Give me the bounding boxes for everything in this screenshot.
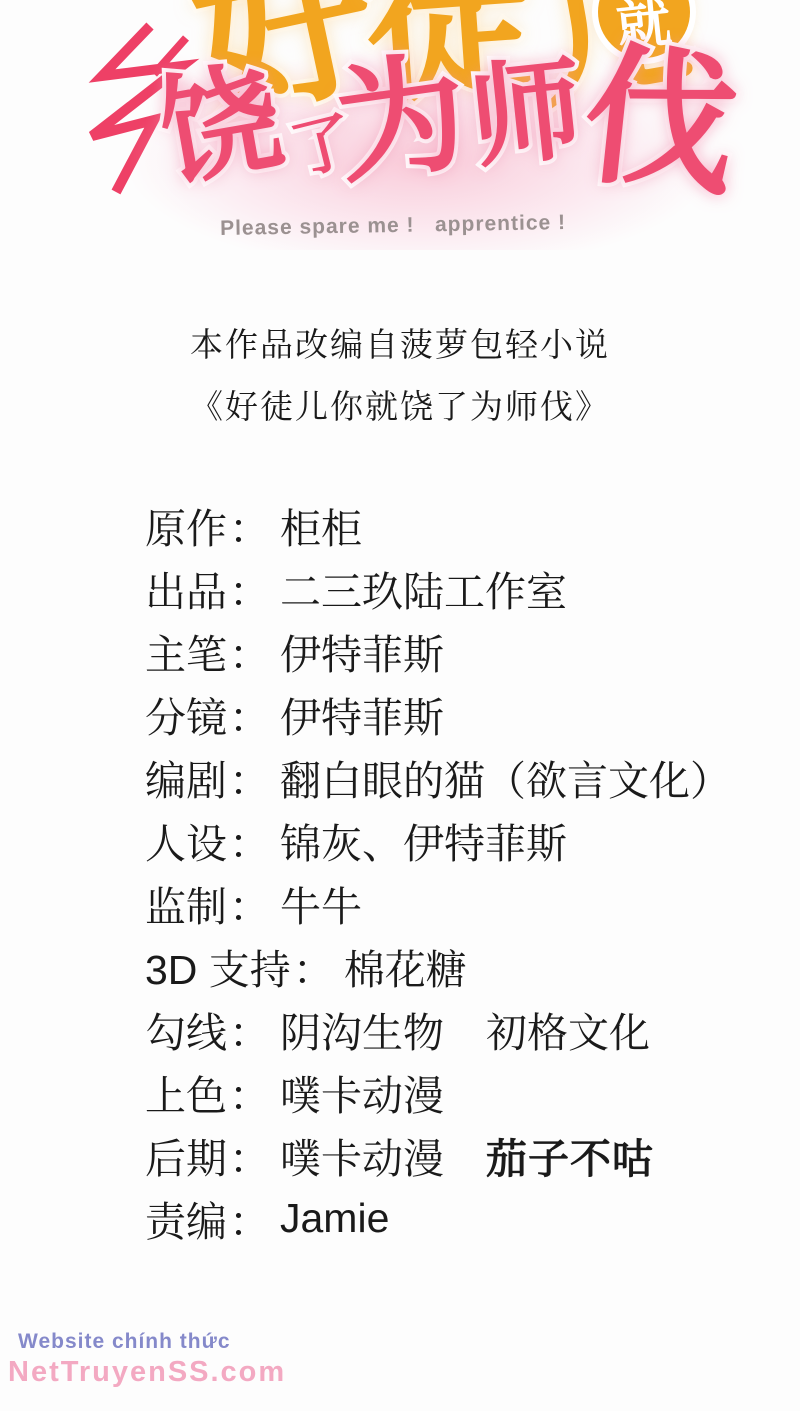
logo-char: 师 <box>465 52 588 175</box>
credit-separator: ： <box>229 1063 270 1122</box>
adaptation-note-line1: 本作品改编自菠萝包轻小说 <box>0 322 800 368</box>
credit-role: 原作 <box>145 496 227 555</box>
credit-name: 柜柜 <box>280 496 362 555</box>
credit-separator: ： <box>229 748 270 807</box>
credit-row: 原作：柜柜 <box>145 494 765 557</box>
credit-name: 二三玖陆工作室 <box>280 559 567 618</box>
credit-row: 勾线：阴沟生物初格文化 <box>145 998 765 1061</box>
credit-name: 锦灰、伊特菲斯 <box>280 811 567 870</box>
credit-separator: ： <box>229 874 270 933</box>
credit-separator: ： <box>293 937 334 996</box>
credit-role: 主笔 <box>145 622 227 681</box>
credit-name: 噗卡动漫 <box>280 1126 444 1185</box>
credit-separator: ： <box>229 1000 270 1059</box>
watermark-site-url: NetTruyenSS.com <box>8 1356 286 1389</box>
credit-role: 责编 <box>145 1189 227 1248</box>
comic-credits-page: 好徒儿 就 饶了为师伐 Please spare me ! apprentice… <box>0 0 800 1411</box>
credit-role: 人设 <box>145 811 227 870</box>
credit-row: 监制：牛牛 <box>145 872 765 935</box>
credit-name: 伊特菲斯 <box>280 685 444 744</box>
credit-role: 勾线 <box>145 1000 227 1059</box>
credit-separator: ： <box>229 496 270 555</box>
credit-row: 责编：Jamie <box>145 1187 765 1250</box>
credit-role: 分镜 <box>145 685 227 744</box>
credit-role: 上色 <box>145 1063 227 1122</box>
credit-row: 编剧：翻白眼的猫（欲言文化） <box>145 746 765 809</box>
credit-name: 伊特菲斯 <box>280 622 444 681</box>
title-logo: 好徒儿 就 饶了为师伐 Please spare me ! apprentice… <box>0 0 800 270</box>
credit-row: 后期：噗卡动漫茄子不咕 <box>145 1124 765 1187</box>
credit-separator: ： <box>229 685 270 744</box>
adaptation-note: 本作品改编自菠萝包轻小说 《好徒儿你就饶了为师伐》 <box>0 322 800 446</box>
adaptation-note-line2: 《好徒儿你就饶了为师伐》 <box>0 384 800 430</box>
credit-name: 翻白眼的猫（欲言文化） <box>280 748 731 807</box>
credit-name: 阴沟生物 <box>280 1000 444 1059</box>
watermark-site-label: Website chính thức <box>18 1330 286 1354</box>
credit-extra: 茄子不咕 <box>486 1126 654 1185</box>
credit-separator: ： <box>229 559 270 618</box>
credit-row: 分镜：伊特菲斯 <box>145 683 765 746</box>
credit-name: 牛牛 <box>280 874 362 933</box>
credits-list: 原作：柜柜出品：二三玖陆工作室主笔：伊特菲斯分镜：伊特菲斯编剧：翻白眼的猫（欲言… <box>145 494 765 1250</box>
credit-separator: ： <box>229 1126 270 1185</box>
logo-char: 为 <box>328 46 475 193</box>
credit-role: 3D 支持 <box>145 937 291 996</box>
credit-row: 出品：二三玖陆工作室 <box>145 557 765 620</box>
credit-row: 上色：噗卡动漫 <box>145 1061 765 1124</box>
credit-name: 噗卡动漫 <box>280 1063 444 1122</box>
logo-char: 伐 <box>577 39 744 206</box>
credit-role: 出品 <box>145 559 227 618</box>
credit-role: 编剧 <box>145 748 227 807</box>
credit-role: 监制 <box>145 874 227 933</box>
credit-role: 后期 <box>145 1126 227 1185</box>
credit-name: Jamie <box>280 1195 389 1242</box>
credit-row: 3D 支持：棉花糖 <box>145 935 765 998</box>
logo-title-line2: 饶了为师伐 <box>158 52 736 204</box>
credit-row: 主笔：伊特菲斯 <box>145 620 765 683</box>
credit-separator: ： <box>229 1189 270 1248</box>
site-watermark: Website chính thức NetTruyenSS.com <box>0 1330 286 1389</box>
credit-row: 人设：锦灰、伊特菲斯 <box>145 809 765 872</box>
credit-separator: ： <box>229 811 270 870</box>
logo-char: 饶 <box>151 56 290 195</box>
credit-extra: 初格文化 <box>486 1000 650 1059</box>
credit-name: 棉花糖 <box>344 937 467 996</box>
credit-separator: ： <box>229 622 270 681</box>
